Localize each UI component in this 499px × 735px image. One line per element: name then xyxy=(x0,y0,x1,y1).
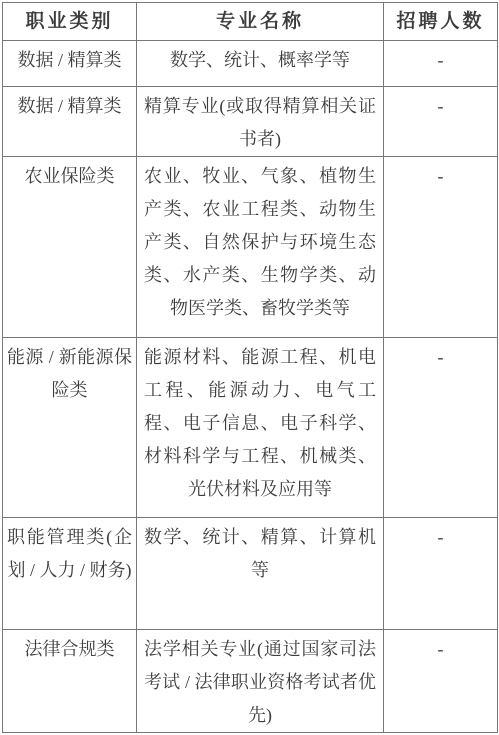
recruitment-table: 职业类别 专业名称 招聘人数 数据 / 精算类 数学、统计、概率学等 - 数据 … xyxy=(2,2,498,733)
major-name-cell: 能源材料、能源工程、机电工程、能源动力、电气工程、电子信息、电子科学、材料科学与… xyxy=(137,338,384,518)
recruit-count-cell: - xyxy=(384,157,498,338)
job-category-cell: 职能管理类(企划 / 人力 / 财务) xyxy=(3,518,137,630)
recruit-count-cell: - xyxy=(384,41,498,87)
table-row: 法律合规类 法学相关专业(通过国家司法考试 / 法律职业资格考试者优先) - xyxy=(3,630,498,733)
recruit-count-cell: - xyxy=(384,518,498,630)
major-name-cell: 数学、统计、精算、计算机等 xyxy=(137,518,384,630)
recruit-count-cell: - xyxy=(384,338,498,518)
header-recruit-count: 招聘人数 xyxy=(384,3,498,41)
recruit-count-cell: - xyxy=(384,87,498,157)
major-name-cell: 精算专业(或取得精算相关证书者) xyxy=(137,87,384,157)
job-category-cell: 数据 / 精算类 xyxy=(3,87,137,157)
major-name-cell: 农业、牧业、气象、植物生产类、农业工程类、动物生产类、自然保护与环境生态类、水产… xyxy=(137,157,384,338)
job-category-cell: 农业保险类 xyxy=(3,157,137,338)
table-row: 数据 / 精算类 数学、统计、概率学等 - xyxy=(3,41,498,87)
document-page: 职业类别 专业名称 招聘人数 数据 / 精算类 数学、统计、概率学等 - 数据 … xyxy=(0,0,499,735)
header-major-name: 专业名称 xyxy=(137,3,384,41)
table-row: 能源 / 新能源保险类 能源材料、能源工程、机电工程、能源动力、电气工程、电子信… xyxy=(3,338,498,518)
job-category-cell: 能源 / 新能源保险类 xyxy=(3,338,137,518)
table-row: 农业保险类 农业、牧业、气象、植物生产类、农业工程类、动物生产类、自然保护与环境… xyxy=(3,157,498,338)
table-row: 数据 / 精算类 精算专业(或取得精算相关证书者) - xyxy=(3,87,498,157)
major-name-cell: 法学相关专业(通过国家司法考试 / 法律职业资格考试者优先) xyxy=(137,630,384,733)
job-category-cell: 数据 / 精算类 xyxy=(3,41,137,87)
recruit-count-cell: - xyxy=(384,630,498,733)
header-job-category: 职业类别 xyxy=(3,3,137,41)
table-header-row: 职业类别 专业名称 招聘人数 xyxy=(3,3,498,41)
major-name-cell: 数学、统计、概率学等 xyxy=(137,41,384,87)
job-category-cell: 法律合规类 xyxy=(3,630,137,733)
table-row: 职能管理类(企划 / 人力 / 财务) 数学、统计、精算、计算机等 - xyxy=(3,518,498,630)
